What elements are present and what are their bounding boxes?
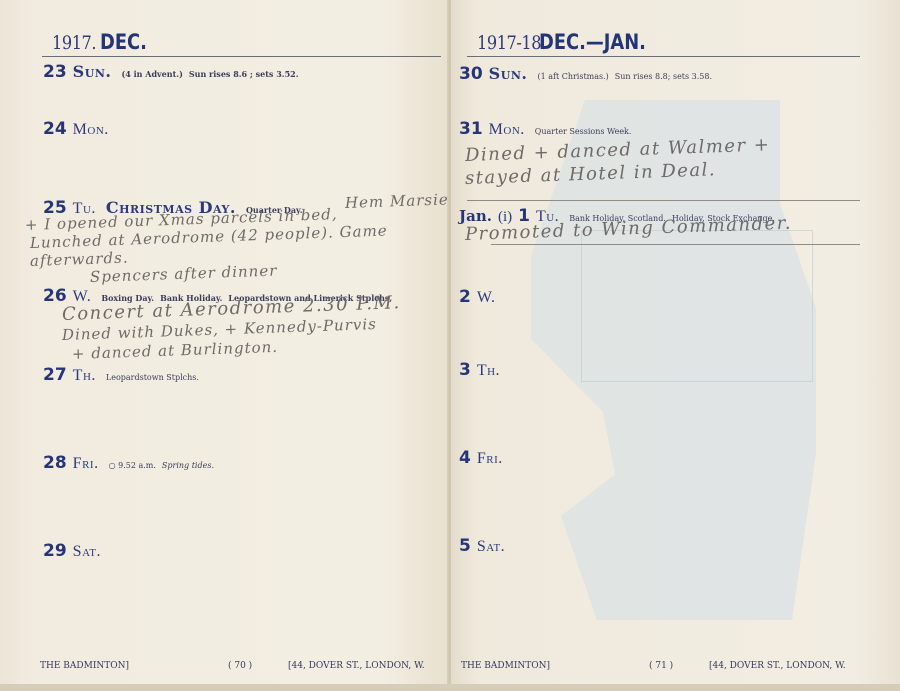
- day-entry-dec-29: 29 Sat.: [43, 541, 111, 561]
- footer-address: [44, DOVER ST., LONDON, W.: [288, 661, 425, 671]
- left-month: DEC.: [100, 30, 147, 54]
- day-entry-dec-27: 27 Th. Leopardstown Stplchs.: [43, 365, 205, 385]
- footer-address: [44, DOVER ST., LONDON, W.: [709, 661, 846, 671]
- day-note: Quarter Sessions Week.: [535, 127, 632, 136]
- footer-publisher: THE BADMINTON]: [40, 661, 129, 671]
- day-number: 31: [459, 119, 483, 139]
- day-name: W.: [477, 289, 496, 307]
- day-number: 23: [43, 62, 67, 82]
- right-page-header: 1917-18. DEC.—JAN.: [467, 30, 860, 57]
- ruled-line: [491, 244, 860, 245]
- day-number: 30: [459, 64, 483, 84]
- day-note: Sun rises 8.6 ; sets 3.52.: [189, 69, 299, 79]
- day-entry-jan-4: 4 Fri.: [459, 448, 513, 468]
- left-page: 1917. DEC. 23 Sun. (4 in Advent.) Sun ri…: [0, 0, 449, 691]
- day-name: Th.: [73, 367, 96, 385]
- day-entry-dec-30: 30 Sun. (1 aft Christmas.) Sun rises 8.8…: [459, 64, 718, 84]
- page-number: ( 71 ): [649, 661, 673, 671]
- day-entry-dec-31: 31 Mon. Quarter Sessions Week.: [459, 119, 637, 139]
- page-bottom-edge: [0, 684, 900, 691]
- left-page-header: 1917. DEC.: [42, 30, 441, 57]
- day-number: 28: [43, 453, 67, 473]
- day-name: Sun.: [73, 62, 112, 81]
- day-number: 27: [43, 365, 67, 385]
- right-month: DEC.—JAN.: [539, 30, 646, 54]
- right-page: 1917-18. DEC.—JAN. 30 Sun. (1 aft Christ…: [451, 0, 900, 691]
- show-through-frame: [581, 230, 813, 382]
- day-number: 3: [459, 360, 471, 380]
- day-note: Sun rises 8.8; sets 3.58.: [615, 72, 712, 81]
- handwritten-note: Hem Marsie: [345, 190, 449, 212]
- page-number: ( 70 ): [228, 661, 252, 671]
- day-entry-dec-23: 23 Sun. (4 in Advent.) Sun rises 8.6 ; s…: [43, 62, 304, 82]
- day-note: (4 in Advent.): [121, 69, 182, 79]
- footer-publisher: THE BADMINTON]: [461, 661, 550, 671]
- day-number: 29: [43, 541, 67, 561]
- day-note: (1 aft Christmas.): [537, 72, 608, 81]
- tide-note: Spring tides.: [162, 461, 214, 470]
- ruled-line: [467, 200, 860, 201]
- day-name: Sat.: [477, 538, 505, 556]
- day-number: 24: [43, 119, 67, 139]
- day-entry-dec-24: 24 Mon.: [43, 119, 119, 139]
- day-number: 4: [459, 448, 471, 468]
- day-name: Fri.: [73, 455, 99, 473]
- day-name: Fri.: [477, 450, 503, 468]
- day-entry-jan-3: 3 Th.: [459, 360, 510, 380]
- day-name: Th.: [477, 362, 500, 380]
- day-name: Mon.: [489, 121, 525, 139]
- day-note: Leopardstown Stplchs.: [106, 373, 199, 382]
- day-entry-jan-2: 2 W.: [459, 287, 505, 307]
- day-name: Sun.: [489, 64, 528, 83]
- day-number: 2: [459, 287, 471, 307]
- day-name: Mon.: [73, 121, 109, 139]
- day-number: 5: [459, 536, 471, 556]
- day-name: Sat.: [73, 543, 101, 561]
- right-year: 1917-18.: [477, 32, 546, 54]
- day-entry-dec-28: 28 Fri. ○ 9.52 a.m. Spring tides.: [43, 453, 220, 473]
- diary-spread: 1917. DEC. 23 Sun. (4 in Advent.) Sun ri…: [0, 0, 900, 691]
- left-year: 1917.: [52, 32, 96, 54]
- moon-phase-note: ○ 9.52 a.m.: [109, 461, 156, 470]
- day-entry-jan-5: 5 Sat.: [459, 536, 515, 556]
